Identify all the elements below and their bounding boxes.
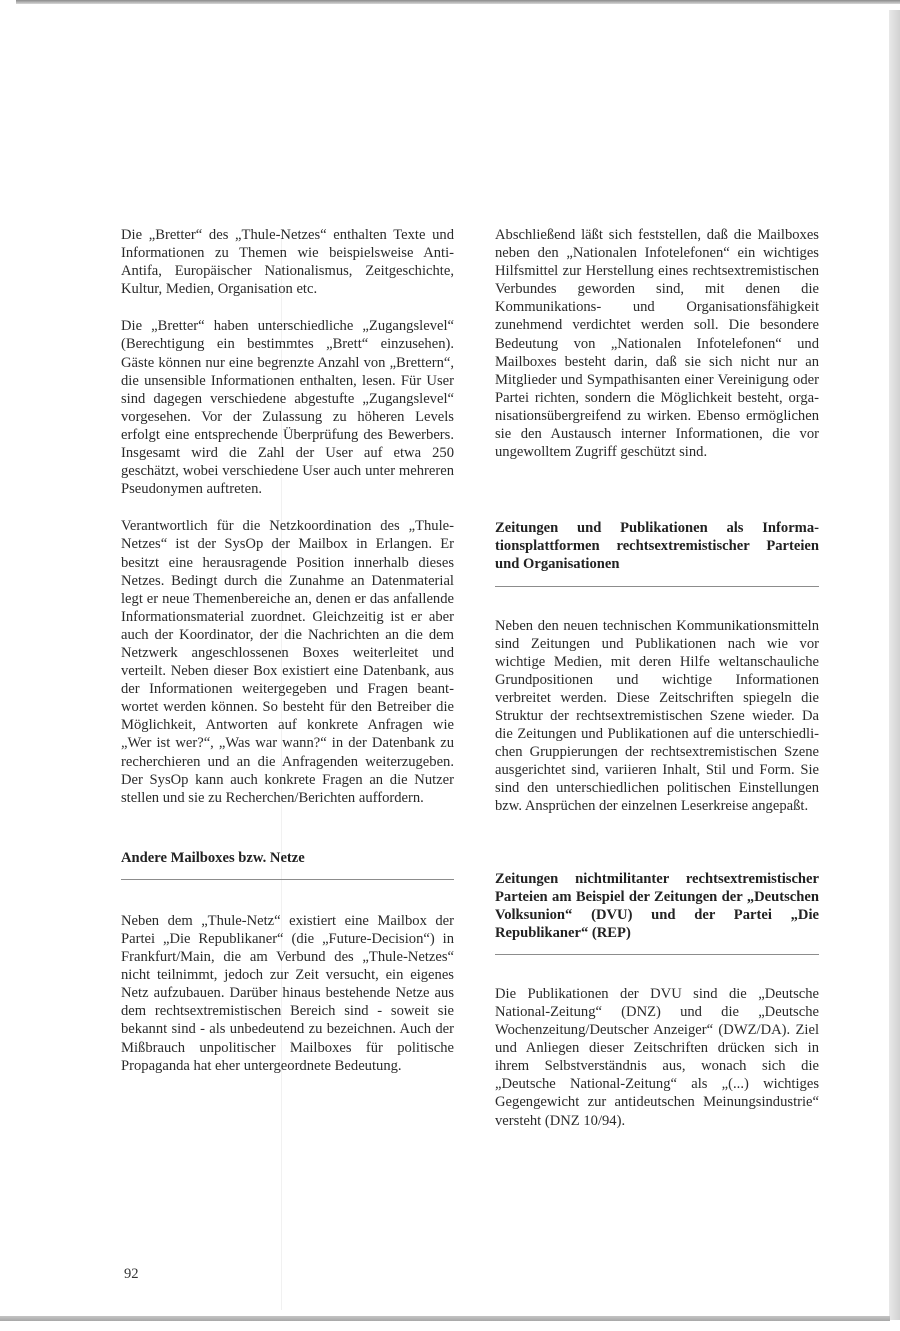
page-number: 92 xyxy=(124,1266,139,1283)
section-heading-nichtmilitante-parteien: Zeitungen nichtmilitanter rechtsextremis… xyxy=(495,870,819,942)
heading-rule xyxy=(495,586,819,587)
section-heading-zeitungen-publikationen: Zeitungen und Publikationen als Informa­… xyxy=(495,519,819,573)
paragraph-kommunikationsmittel: Neben den neuen technischen Kommunikati­… xyxy=(495,617,819,816)
scan-edge-bottom xyxy=(0,1316,890,1321)
paragraph-dvu-publikationen: Die Publikationen der DVU sind die „Deut… xyxy=(495,985,819,1130)
paragraph-zugangslevel: Die „Bretter“ haben unterschiedliche „Zu… xyxy=(121,317,454,498)
paragraph-andere-netze: Neben dem „Thule-Netz“ existiert eine Ma… xyxy=(121,912,454,1075)
left-column: Die „Bretter“ des „Thule-Netzes“ enthalt… xyxy=(121,226,454,1075)
scan-edge-top xyxy=(16,0,900,4)
paragraph-netzkoordination: Verantwortlich für die Netzkoordination … xyxy=(121,517,454,807)
paragraph-bretter-themen: Die „Bretter“ des „Thule-Netzes“ enthalt… xyxy=(121,226,454,298)
heading-rule xyxy=(121,879,454,880)
right-column: Abschließend läßt sich feststellen, daß … xyxy=(495,226,819,1130)
scan-edge-right xyxy=(889,10,900,1320)
section-heading-andere-mailboxes: Andere Mailboxes bzw. Netze xyxy=(121,849,454,867)
paragraph-abschliessend: Abschließend läßt sich feststellen, daß … xyxy=(495,226,819,461)
heading-rule xyxy=(495,954,819,955)
